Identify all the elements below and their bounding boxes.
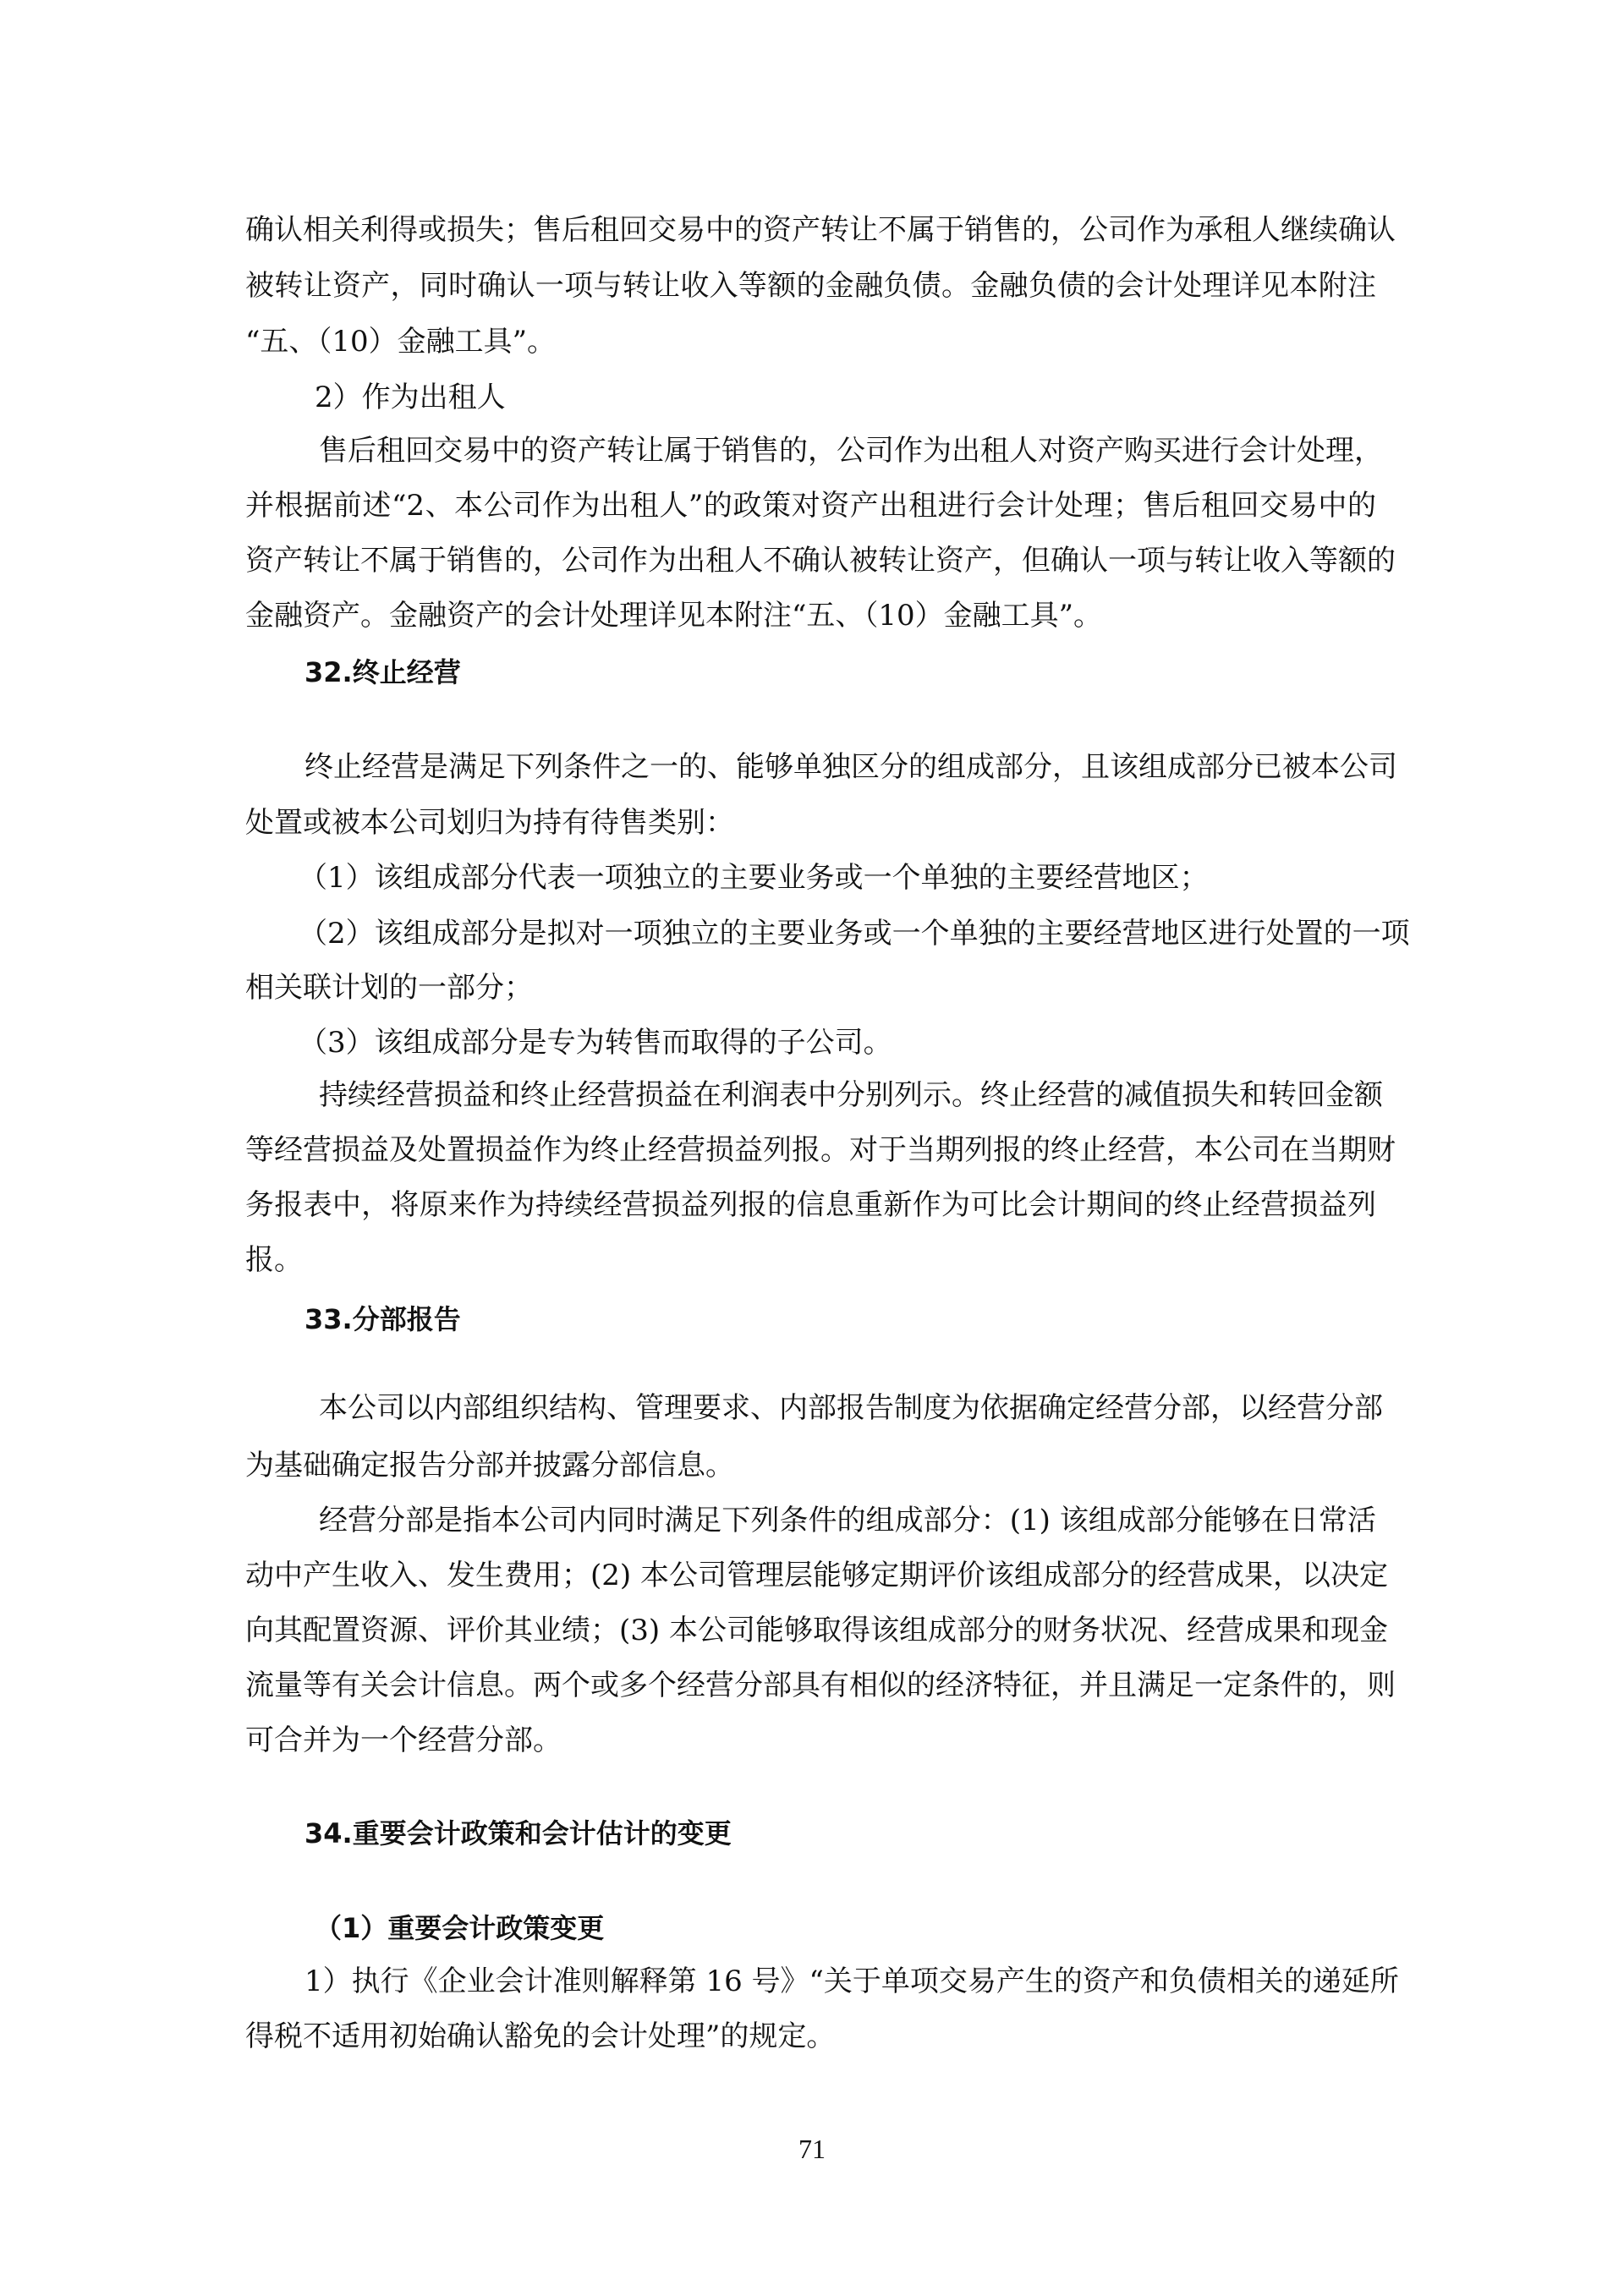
paragraph-line: 等经营损益及处置损益作为终止经营损益列报。对于当期列报的终止经营，本公司在当期财 bbox=[245, 1129, 1376, 1171]
list-item-1: （1）该组成部分代表一项独立的主要业务或一个单独的主要经营地区； bbox=[299, 857, 1376, 899]
list-item-2: （2）该组成部分是拟对一项独立的主要业务或一个单独的主要经营地区进行处置的一项 bbox=[299, 912, 1376, 955]
list-item-2-cont: 相关联计划的一部分； bbox=[245, 967, 1376, 1009]
section-heading-32: 32.终止经营 bbox=[304, 651, 1376, 693]
section-heading-34: 34.重要会计政策和会计估计的变更 bbox=[304, 1812, 1376, 1855]
paragraph-line: 资产转让不属于销售的，公司作为出租人不确认被转让资产，但确认一项与转让收入等额的 bbox=[245, 540, 1376, 582]
paragraph-line: 动中产生收入、发生费用；(2) 本公司管理层能够定期评价该组成部分的经营成果，以… bbox=[245, 1554, 1376, 1597]
paragraph-line: 售后租回交易中的资产转让属于销售的，公司作为出租人对资产购买进行会计处理， bbox=[319, 430, 1376, 472]
paragraph-line: 流量等有关会计信息。两个或多个经营分部具有相似的经济特征，并且满足一定条件的，则 bbox=[245, 1664, 1376, 1707]
paragraph-line: 本公司以内部组织结构、管理要求、内部报告制度为依据确定经营分部，以经营分部 bbox=[319, 1387, 1376, 1429]
paragraph-line: 为基础确定报告分部并披露分部信息。 bbox=[245, 1444, 1376, 1487]
paragraph-line: 务报表中，将原来作为持续经营损益列报的信息重新作为可比会计期间的终止经营损益列 bbox=[245, 1184, 1376, 1226]
list-item-3: （3）该组成部分是专为转售而取得的子公司。 bbox=[299, 1022, 1376, 1064]
document-page: 确认相关利得或损失；售后租回交易中的资产转让不属于销售的，公司作为承租人继续确认… bbox=[0, 0, 1624, 2296]
page-number: 71 bbox=[0, 2129, 1624, 2168]
section-heading-33: 33.分部报告 bbox=[304, 1298, 1376, 1340]
paragraph-line: 并根据前述“2、本公司作为出租人”的政策对资产出租进行会计处理；售后租回交易中的 bbox=[245, 485, 1376, 527]
paragraph-line: “五、（10）金融工具”。 bbox=[245, 321, 1376, 363]
subsection-heading-policy-changes: （1）重要会计政策变更 bbox=[315, 1907, 1376, 1949]
paragraph-line: 被转让资产，同时确认一项与转让收入等额的金融负债。金融负债的会计处理详见本附注 bbox=[245, 265, 1376, 307]
paragraph-line: 经营分部是指本公司内同时满足下列条件的组成部分：(1) 该组成部分能够在日常活 bbox=[319, 1499, 1376, 1542]
paragraph-line: 终止经营是满足下列条件之一的、能够单独区分的组成部分，且该组成部分已被本公司 bbox=[304, 746, 1376, 788]
paragraph-line: 报。 bbox=[245, 1239, 1376, 1281]
paragraph-line: 1）执行《企业会计准则解释第 16 号》“关于单项交易产生的资产和负债相关的递延… bbox=[304, 1960, 1376, 2003]
subheading-as-lessor: 2）作为出租人 bbox=[315, 376, 1376, 419]
paragraph-line: 确认相关利得或损失；售后租回交易中的资产转让不属于销售的，公司作为承租人继续确认 bbox=[245, 209, 1376, 251]
paragraph-line: 可合并为一个经营分部。 bbox=[245, 1719, 1376, 1762]
paragraph-line: 向其配置资源、评价其业绩；(3) 本公司能够取得该组成部分的财务状况、经营成果和… bbox=[245, 1609, 1376, 1652]
paragraph-line: 得税不适用初始确认豁免的会计处理”的规定。 bbox=[245, 2015, 1376, 2058]
paragraph-line: 持续经营损益和终止经营损益在利润表中分别列示。终止经营的减值损失和转回金额 bbox=[319, 1074, 1376, 1116]
paragraph-line: 处置或被本公司划归为持有待售类别： bbox=[245, 802, 1376, 844]
paragraph-line: 金融资产。金融资产的会计处理详见本附注“五、（10）金融工具”。 bbox=[245, 595, 1376, 637]
